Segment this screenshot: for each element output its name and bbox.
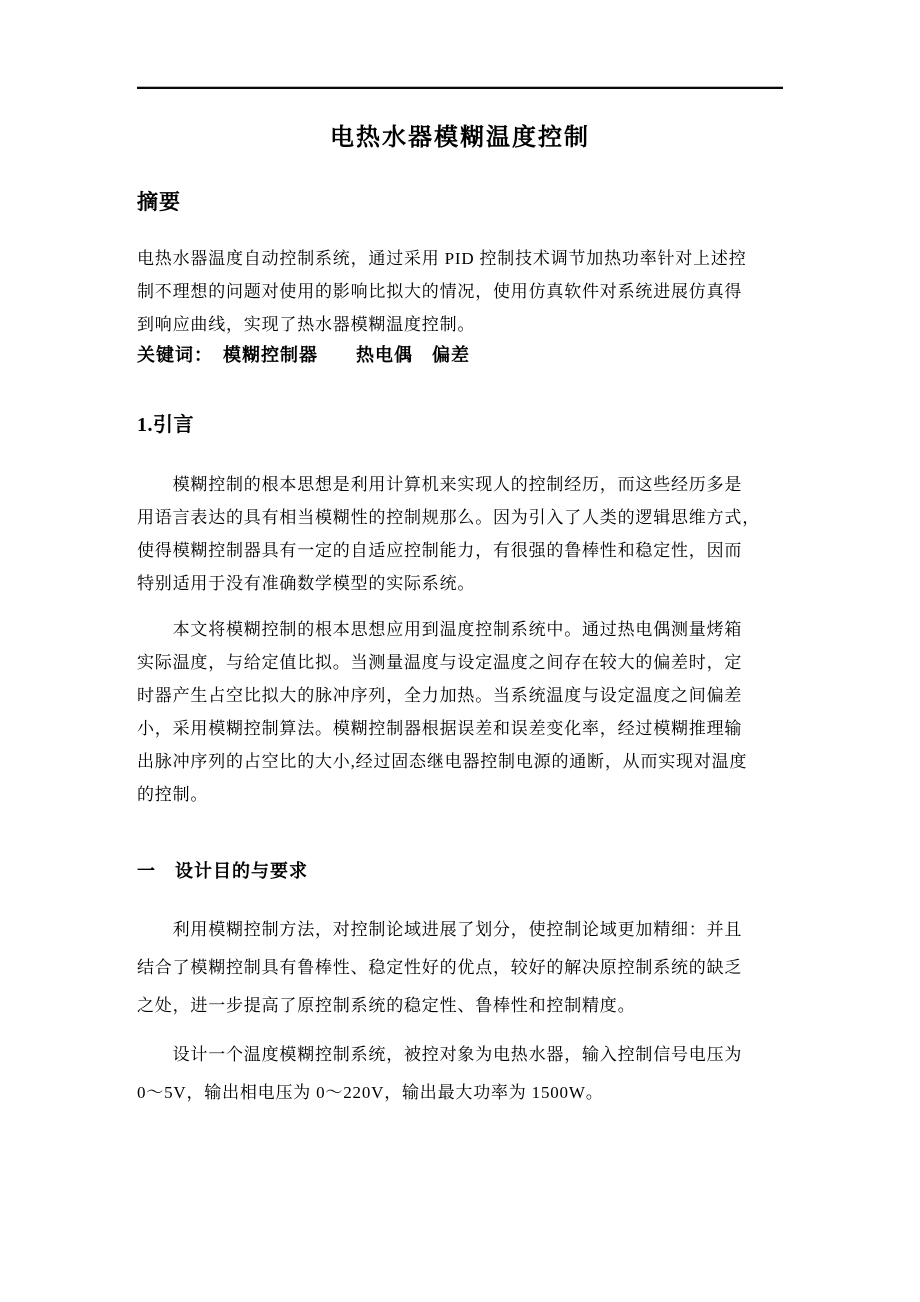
keywords-line: 关键词： 模糊控制器 热电偶 偏差 [137,342,783,368]
page-title: 电热水器模糊温度控制 [137,122,783,154]
document-page: 电热水器模糊温度控制 摘要 电热水器温度自动控制系统，通过采用 PID 控制技术… [0,0,920,1302]
design-section-heading: 一 设计目的与要求 [137,859,783,884]
design-paragraph-2: 设计一个温度模糊控制系统，被控对象为电热水器，输入控制信号电压为 0～5V，输出… [137,1036,817,1112]
abstract-paragraph: 电热水器温度自动控制系统，通过采用 PID 控制技术调节加热功率针对上述控 制不… [137,242,817,341]
design-paragraph-1: 利用模糊控制方法，对控制论域进展了划分，使控制论域更加精细：并且 结合了模糊控制… [137,911,817,1025]
header-rule [137,86,783,89]
introduction-paragraph-1: 模糊控制的根本思想是利用计算机来实现人的控制经历，而这些经历多是 用语言表达的具… [137,468,817,600]
document-content: 电热水器模糊温度控制 摘要 电热水器温度自动控制系统，通过采用 PID 控制技术… [137,86,783,1112]
abstract-heading: 摘要 [137,188,783,216]
introduction-paragraph-2: 本文将模糊控制的根本思想应用到温度控制系统中。通过热电偶测量烤箱 实际温度，与给… [137,613,817,811]
introduction-heading: 1.引言 [137,412,783,439]
